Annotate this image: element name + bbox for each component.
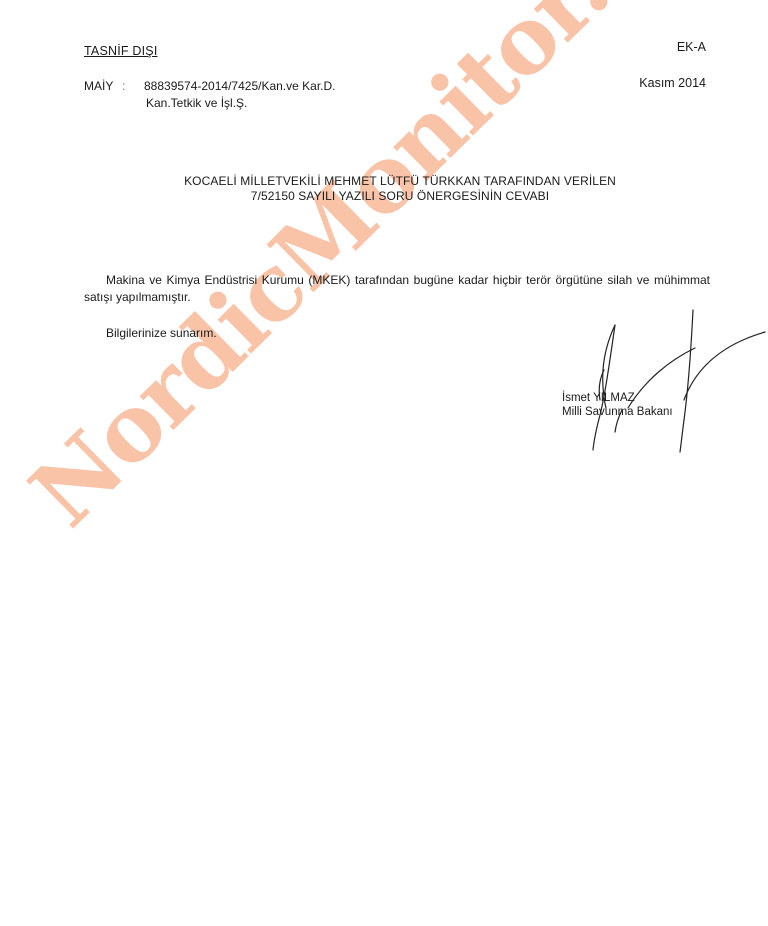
reference-separator: : [122,78,144,95]
title-line-1: KOCAELİ MİLLETVEKİLİ MEHMET LÜTFÜ TÜRKKA… [130,174,670,189]
document-date: Kasım 2014 [639,76,706,90]
body-paragraph: Makina ve Kimya Endüstrisi Kurumu (MKEK)… [84,272,710,306]
body-paragraph-text: Makina ve Kimya Endüstrisi Kurumu (MKEK)… [84,273,710,304]
document-title: KOCAELİ MİLLETVEKİLİ MEHMET LÜTFÜ TÜRKKA… [130,174,670,204]
reference-label: MAİY [84,78,122,95]
classification-label: TASNİF DIŞI [84,44,158,58]
title-line-2: 7/52150 SAYILI YAZILI SORU ÖNERGESİNİN C… [130,189,670,204]
annex-label: EK-A [677,40,706,54]
handwritten-signature-icon [560,300,768,460]
reference-number: 88839574-2014/7425/Kan.ve Kar.D. [144,79,335,93]
document-page: NordicMonitor.com TASNİF DIŞI EK-A MAİY:… [0,0,768,926]
signer-block: İsmet YILMAZ Milli Savunma Bakanı [562,391,673,419]
signer-name: İsmet YILMAZ [562,391,673,405]
reference-block: MAİY:88839574-2014/7425/Kan.ve Kar.D. Ka… [84,78,335,112]
signer-title: Milli Savunma Bakanı [562,405,673,419]
closing-text: Bilgilerinize sunarım. [106,326,217,340]
reference-department: Kan.Tetkik ve İşl.Ş. [84,95,335,112]
reference-line-1: MAİY:88839574-2014/7425/Kan.ve Kar.D. [84,78,335,95]
